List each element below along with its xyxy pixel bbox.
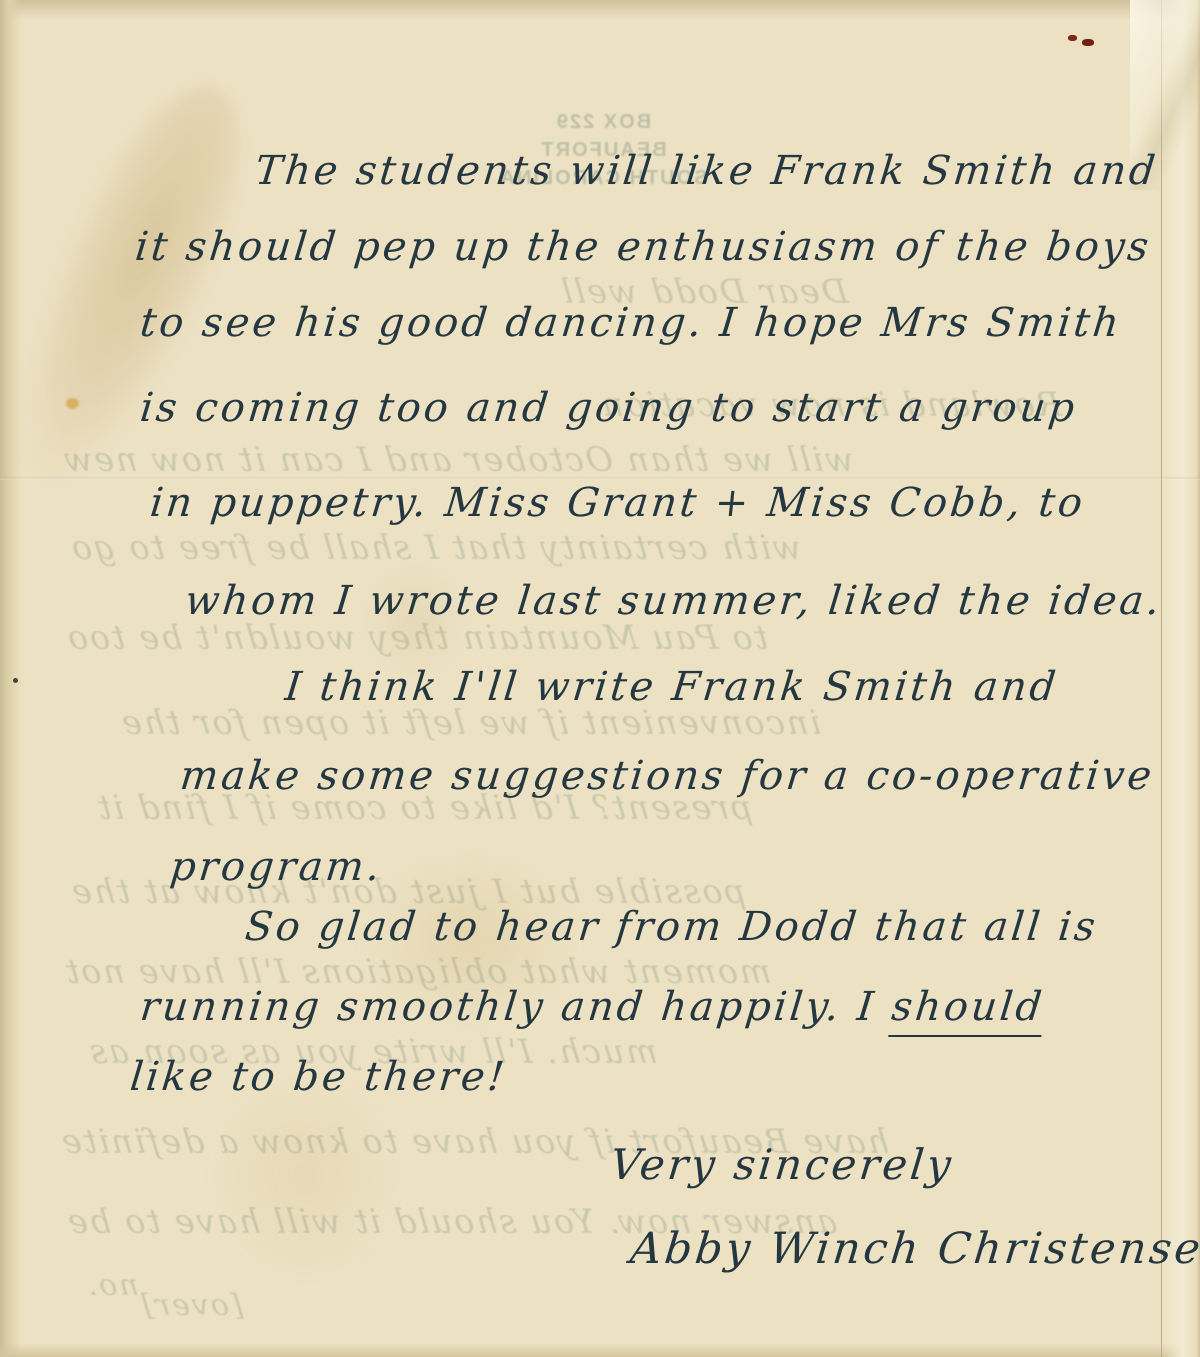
letter-line: I think I'll write Frank Smith and (283, 664, 1061, 710)
bleedthrough-line: with certainty that I shall be free to g… (68, 528, 803, 567)
paper-edge-left (0, 0, 22, 1357)
letter-line: in puppetry. Miss Grant + Miss Cobb, to (148, 480, 1087, 526)
letter-line: is coming too and going to start a group (138, 385, 1080, 431)
paper-edge-bottom (0, 1343, 1200, 1357)
letter-page: BOX 229 BEAUFORT SOUTH CAROLINA Dear Dod… (0, 0, 1200, 1357)
valediction: Very sincerely (608, 1140, 956, 1189)
bleedthrough-printed-line: BOX 229 (498, 108, 708, 136)
stain-dot (66, 398, 79, 409)
letter-line-segment: running smoothly and happily. I (138, 984, 894, 1030)
ink-speck (1082, 39, 1094, 46)
signature: Abby Winch Christensen (628, 1224, 1200, 1274)
letter-line: to see his good dancing. I hope Mrs Smit… (138, 300, 1124, 346)
letter-line: like to be there! (128, 1054, 509, 1100)
bleedthrough-line: [over] (138, 1288, 244, 1323)
letter-line: it should pep up the enthusiasm of the b… (133, 224, 1154, 270)
letter-line: running smoothly and happily. I should (138, 984, 1047, 1030)
paper-edge-right (1161, 0, 1200, 1357)
ink-speck (1068, 35, 1077, 41)
bleedthrough-line: will we than October and I can it now ne… (60, 440, 855, 479)
letter-line: So glad to hear from Dodd that all is (243, 904, 1100, 950)
letter-line: program. (168, 844, 385, 890)
letter-line: The students will like Frank Smith and (253, 148, 1160, 194)
underlined-word: should (889, 984, 1047, 1037)
bleedthrough-line: no. (84, 1268, 140, 1303)
letter-line: make some suggestions for a co-operative (178, 753, 1157, 799)
paper-edge-top (0, 0, 1200, 20)
letter-line: whom I wrote last summer, liked the idea… (183, 578, 1165, 624)
stain-lower-left (210, 1070, 400, 1280)
